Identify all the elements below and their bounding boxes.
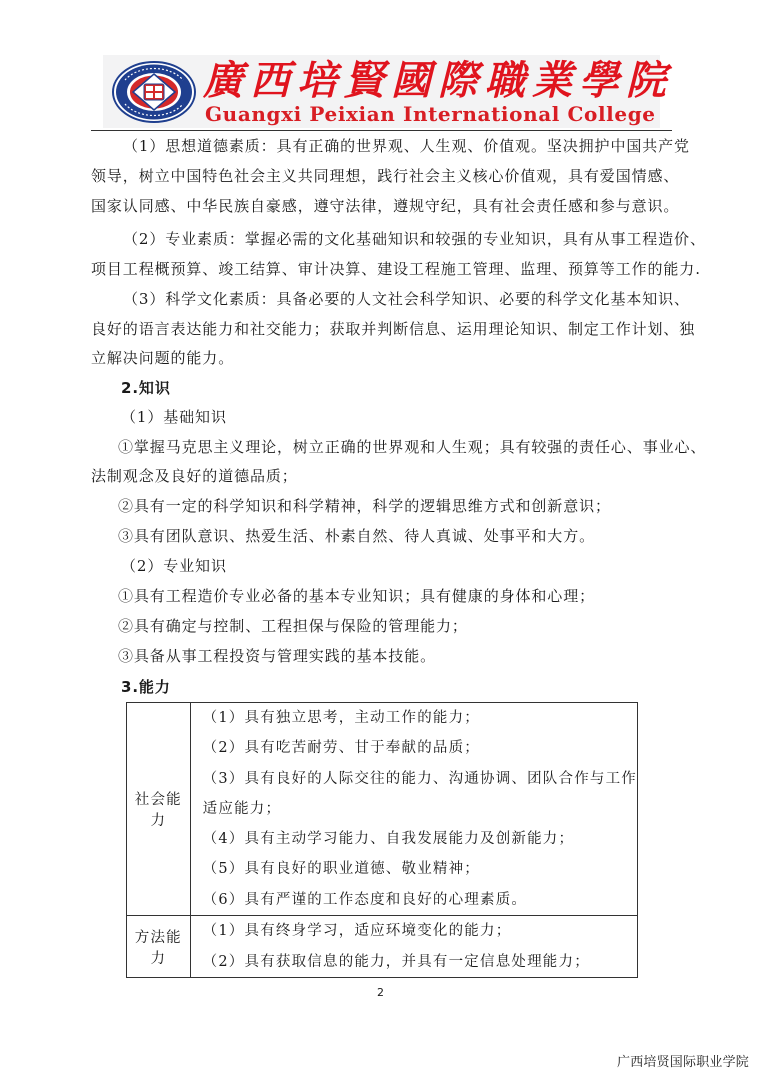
- college-logo-icon: [111, 60, 197, 124]
- items-cell: （1）具有独立思考，主动工作的能力； （2）具有吃苦耐劳、甘于奉献的品质； （3…: [190, 703, 637, 916]
- page-number: 2: [377, 986, 384, 999]
- section-heading-ability: 3.能力: [121, 672, 701, 702]
- table-item: （5）具有良好的职业道德、敬业精神；: [203, 854, 637, 884]
- table-row: 方法能力 （1）具有终身学习，适应环境变化的能力； （2）具有获取信息的能力，并…: [127, 916, 638, 978]
- list-item: ①具有工程造价专业必备的基本专业知识；具有健康的身体和心理；: [118, 581, 698, 611]
- list-item: ②具有确定与控制、工程担保与保险的管理能力；: [118, 611, 698, 641]
- table-item: 适应能力；: [203, 794, 637, 824]
- paragraph-line: （3）科学文化素质：具备必要的人文社会科学知识、必要的科学文化基本知识、: [91, 284, 671, 314]
- list-item: 法制观念及良好的道德品质；: [91, 461, 671, 491]
- paragraph-line: （2）专业素质：掌握必需的文化基础知识和较强的专业知识，具有从事工程造价、: [91, 224, 671, 254]
- category-cell: 方法能力: [127, 916, 191, 978]
- paragraph-line: 领导，树立中国特色社会主义共同理想，践行社会主义核心价值观，具有爱国情感、: [91, 161, 671, 191]
- ability-table: 社会能力 （1）具有独立思考，主动工作的能力； （2）具有吃苦耐劳、甘于奉献的品…: [126, 702, 638, 978]
- header-banner: 廣西培賢國際職業學院 Guangxi Peixian International…: [103, 55, 660, 128]
- list-item: ③具有团队意识、热爱生活、朴素自然、待人真诚、处事平和大方。: [118, 521, 698, 551]
- paragraph-line: 国家认同感、中华民族自豪感，遵守法律，遵规守纪，具有社会责任感和参与意识。: [91, 191, 671, 221]
- subsection-title: （1）基础知识: [121, 402, 701, 432]
- paragraph-line: 项目工程概预算、竣工结算、审计决算、建设工程施工管理、监理、预算等工作的能力.: [91, 254, 671, 284]
- section-heading-knowledge: 2.知识: [121, 373, 701, 403]
- college-name-english: Guangxi Peixian International College: [205, 103, 656, 125]
- table-item: （6）具有严谨的工作态度和良好的心理素质。: [203, 885, 637, 915]
- table-item: （1）具有独立思考，主动工作的能力；: [203, 703, 637, 733]
- items-cell: （1）具有终身学习，适应环境变化的能力； （2）具有获取信息的能力，并具有一定信…: [190, 916, 637, 978]
- paragraph-line: 立解决问题的能力。: [91, 343, 671, 373]
- table-item: （4）具有主动学习能力、自我发展能力及创新能力；: [203, 824, 637, 854]
- table-item: （1）具有终身学习，适应环境变化的能力；: [203, 916, 637, 946]
- paragraph-line: （1）思想道德素质：具有正确的世界观、人生观、价值观。坚决拥护中国共产党: [91, 131, 671, 161]
- list-item: ①掌握马克思主义理论，树立正确的世界观和人生观；具有较强的责任心、事业心、: [118, 432, 698, 462]
- table-item: （2）具有获取信息的能力，并具有一定信息处理能力；: [203, 947, 637, 977]
- category-cell: 社会能力: [127, 703, 191, 916]
- table-item: （2）具有吃苦耐劳、甘于奉献的品质；: [203, 733, 637, 763]
- list-item: ②具有一定的科学知识和科学精神，科学的逻辑思维方式和创新意识；: [118, 491, 698, 521]
- paragraph-line: 良好的语言表达能力和社交能力；获取并判断信息、运用理论知识、制定工作计划、独: [91, 314, 671, 344]
- list-item: ③具备从事工程投资与管理实践的基本技能。: [118, 641, 698, 671]
- college-name-chinese: 廣西培賢國際職業學院: [203, 59, 673, 103]
- table-row: 社会能力 （1）具有独立思考，主动工作的能力； （2）具有吃苦耐劳、甘于奉献的品…: [127, 703, 638, 916]
- subsection-title: （2）专业知识: [121, 551, 701, 581]
- footer-college-name: 广西培贤国际职业学院: [617, 1051, 749, 1070]
- table-item: （3）具有良好的人际交往的能力、沟通协调、团队合作与工作: [203, 764, 637, 794]
